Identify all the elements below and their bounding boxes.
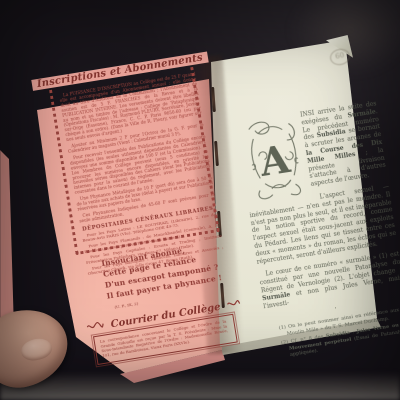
scroll-flourish-icon (226, 299, 242, 312)
blurred-foreground-band (0, 372, 400, 400)
paragraph: INSI arrive la suite des exégèses du Sur… (235, 100, 387, 198)
photo-of-open-booklet: 60 Inscriptions et Abonnements La PUISSA… (0, 0, 400, 400)
scroll-flourish-icon (86, 321, 106, 335)
chain-ornament-border-box: Inscriptions et Abonnements La PUISSANCE… (48, 60, 220, 255)
verse-attribution: (U. P., IX, 2) (114, 300, 138, 309)
